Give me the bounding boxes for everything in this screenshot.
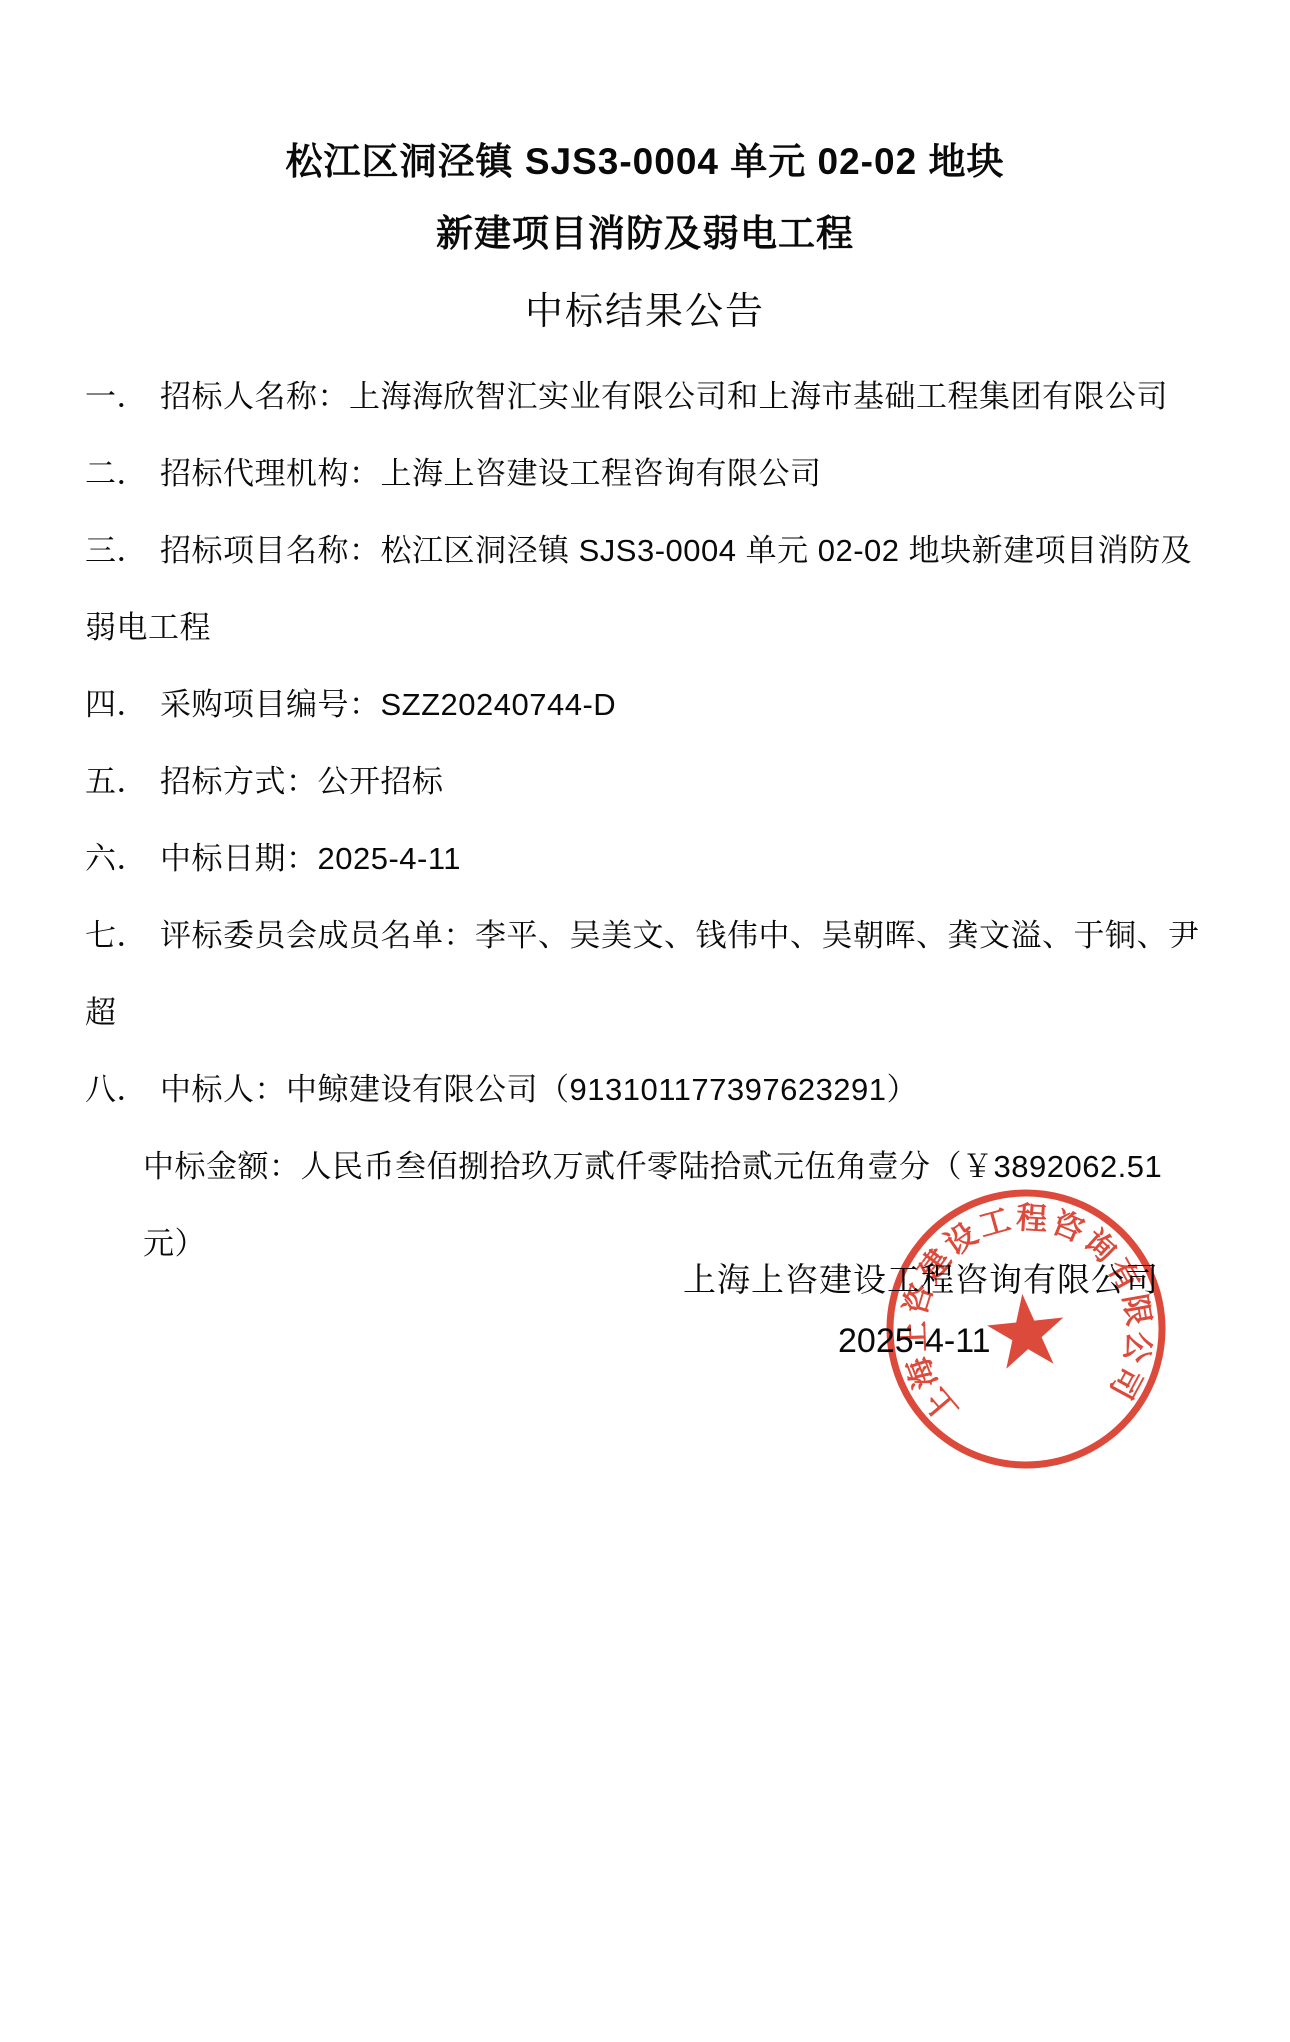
item-number: 一．: [85, 379, 148, 414]
company-stamp: 上海上咨建设工程咨询有限公司 ★: [866, 1169, 1187, 1490]
title-line-3: 中标结果公告: [0, 276, 1290, 348]
title-line-2: 新建项目消防及弱电工程: [0, 198, 1290, 270]
list-item-4: 四．采购项目编号：SZZ20240744-D: [85, 666, 1207, 743]
list-item-6: 六．中标日期：2025-4-11: [85, 820, 1207, 897]
item-number: 二．: [85, 456, 148, 491]
item-text: 招标项目名称：松江区洞泾镇 SJS3-0004 单元 02-02 地块新建项目消…: [85, 533, 1192, 645]
item-number: 三．: [85, 533, 148, 568]
list-item-2: 二．招标代理机构：上海上咨建设工程咨询有限公司: [85, 435, 1207, 512]
item-number: 四．: [85, 687, 148, 722]
item-text: 评标委员会成员名单：李平、吴美文、钱伟中、吴朝晖、龚文溢、于铜、尹超: [85, 918, 1200, 1030]
star-icon: ★: [976, 1272, 1077, 1393]
item-number: 五．: [85, 764, 148, 799]
list-item-1: 一．招标人名称：上海海欣智汇实业有限公司和上海市基础工程集团有限公司: [85, 358, 1207, 435]
announcement-body: 一．招标人名称：上海海欣智汇实业有限公司和上海市基础工程集团有限公司 二．招标代…: [85, 358, 1207, 1282]
list-item-7: 七．评标委员会成员名单：李平、吴美文、钱伟中、吴朝晖、龚文溢、于铜、尹超: [85, 897, 1207, 1051]
item-text: 中标日期：2025-4-11: [160, 841, 461, 876]
item-number: 六．: [85, 841, 148, 876]
document-page: 松江区洞泾镇 SJS3-0004 单元 02-02 地块 新建项目消防及弱电工程…: [0, 0, 1290, 2042]
item-number: 八．: [85, 1072, 148, 1107]
item-text: 采购项目编号：SZZ20240744-D: [160, 687, 616, 722]
document-title-block: 松江区洞泾镇 SJS3-0004 单元 02-02 地块 新建项目消防及弱电工程…: [0, 126, 1290, 348]
item-number: 七．: [85, 918, 148, 953]
list-item-5: 五．招标方式：公开招标: [85, 743, 1207, 820]
list-item-3: 三．招标项目名称：松江区洞泾镇 SJS3-0004 单元 02-02 地块新建项…: [85, 512, 1207, 666]
item-text: 招标代理机构：上海上咨建设工程咨询有限公司: [160, 456, 822, 491]
item-text: 招标人名称：上海海欣智汇实业有限公司和上海市基础工程集团有限公司: [160, 379, 1168, 414]
title-line-1: 松江区洞泾镇 SJS3-0004 单元 02-02 地块: [0, 126, 1290, 198]
item-text: 中标人：中鲸建设有限公司（913101177397623291）: [160, 1072, 918, 1107]
list-item-8: 八．中标人：中鲸建设有限公司（913101177397623291）: [85, 1051, 1207, 1128]
item-text: 招标方式：公开招标: [160, 764, 444, 799]
